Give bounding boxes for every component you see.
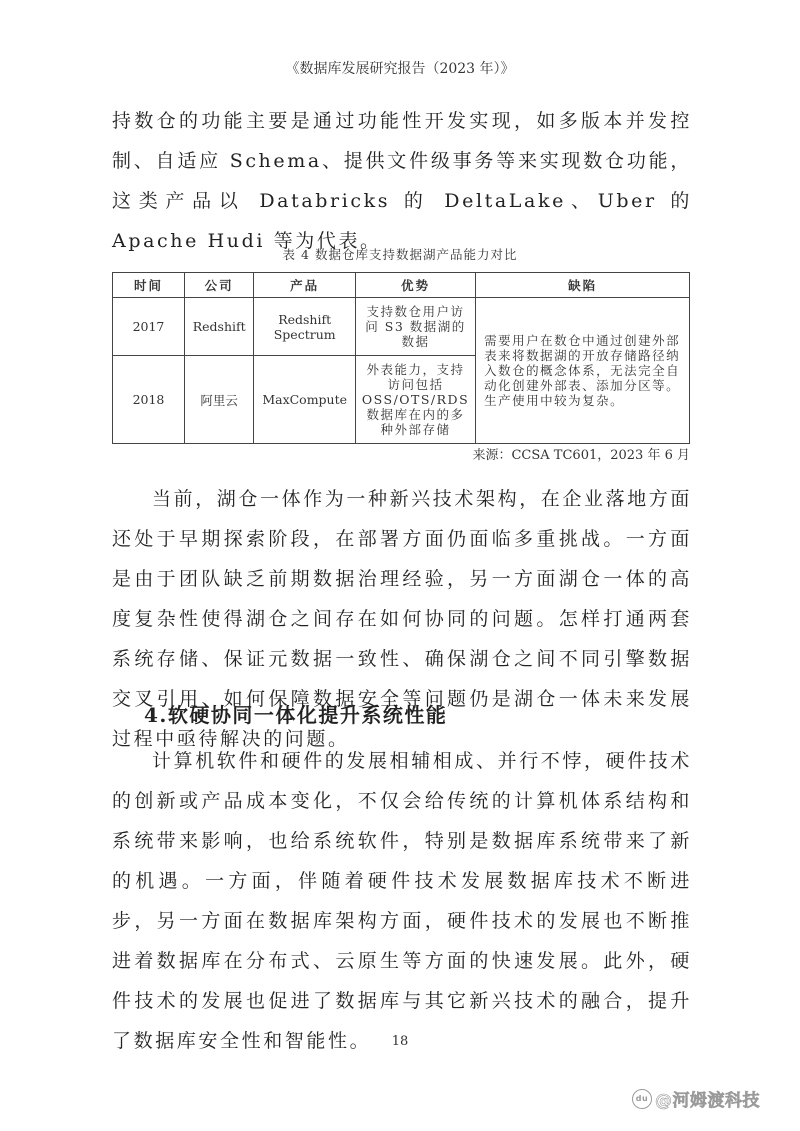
cell-product: Redshift Spectrum	[254, 298, 355, 356]
baidu-paw-icon: du	[632, 1089, 652, 1109]
comparison-table: 时间 公司 产品 优势 缺陷 2017 Redshift Redshift Sp…	[112, 272, 690, 444]
header-company: 公司	[184, 273, 254, 298]
paragraph-hardware: 计算机软件和硬件的发展相辅相成、并行不悖，硬件技术的创新或产品成本变化，不仅会给…	[112, 741, 692, 1061]
cell-company: Redshift	[184, 298, 254, 356]
header-product: 产品	[254, 273, 355, 298]
paragraph-intro: 持数仓的功能主要是通过功能性开发实现，如多版本并发控制、自适应 Schema、提…	[112, 101, 692, 261]
cell-defect: 需要用户在数仓中通过创建外部表来将数据湖的开放存储路径纳入数仓的概念体系，无法完…	[476, 298, 690, 444]
watermark: du @河姆渡科技	[632, 1086, 760, 1111]
table-row: 2017 Redshift Redshift Spectrum 支持数仓用户访问…	[113, 298, 690, 356]
page-number: 18	[0, 1034, 800, 1049]
cell-year: 2018	[113, 356, 185, 444]
section-heading: 4.软硬协同一体化提升系统性能	[144, 699, 447, 728]
header-advantage: 优势	[355, 273, 475, 298]
running-header: 《数据库发展研究报告（2023 年）》	[0, 58, 800, 78]
table-source: 来源：CCSA TC601，2023 年 6 月	[430, 444, 690, 463]
cell-advantage: 外表能力，支持访问包括 OSS/OTS/RDS 数据库在内的多种外部存储	[355, 356, 475, 444]
header-time: 时间	[113, 273, 185, 298]
header-defect: 缺陷	[476, 273, 690, 298]
cell-advantage: 支持数仓用户访问 S3 数据湖的数据	[355, 298, 475, 356]
cell-year: 2017	[113, 298, 185, 356]
table-caption: 表 4 数据仓库支持数据湖产品能力对比	[0, 245, 800, 263]
watermark-text: @河姆渡科技	[655, 1086, 760, 1111]
cell-company: 阿里云	[184, 356, 254, 444]
cell-product: MaxCompute	[254, 356, 355, 444]
table-header-row: 时间 公司 产品 优势 缺陷	[113, 273, 690, 298]
